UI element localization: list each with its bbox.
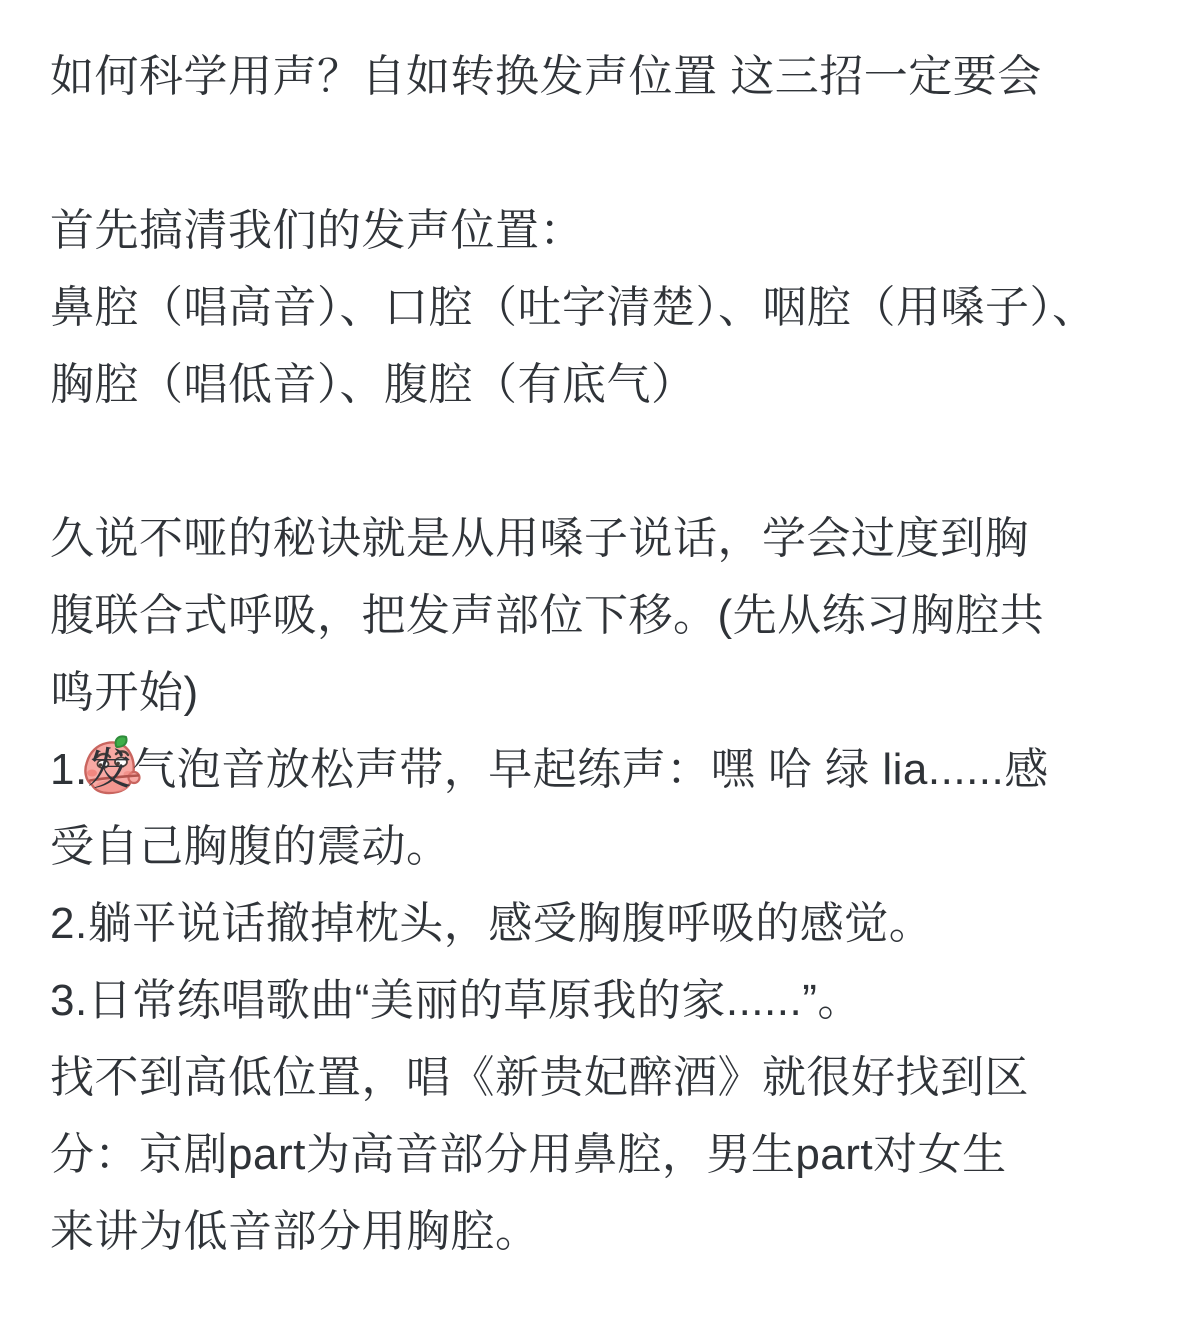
text-line: 来讲为低音部分用胸腔。 [50, 1193, 1129, 1270]
text-line: 鸣开始) [50, 654, 1129, 731]
post-content: 如何科学用声？自如转换发声位置 这三招一定要会 首先搞清我们的发声位置：鼻腔（唱… [0, 0, 1179, 1270]
text-line: 胸腔（唱低音）、腹腔（有底气） [50, 346, 1129, 423]
text-line: 找不到高低位置，唱《新贵妃醉酒》就很好找到区 [50, 1039, 1129, 1116]
text-line: 鼻腔（唱高音）、口腔（吐字清楚）、咽腔（用嗓子）、 [50, 269, 1129, 346]
text-line: 久说不哑的秘诀就是从用嗓子说话，学会过度到胸 [50, 500, 1129, 577]
blank-line [50, 115, 1129, 192]
text-line: 3.日常练唱歌曲“美丽的草原我的家......”。 [50, 962, 1129, 1039]
text-line: 首先搞清我们的发声位置： [50, 192, 1129, 269]
text-line: 1.发气泡音放松声带，早起练声：嘿 哈 绿 lia......感 [50, 731, 1129, 808]
post-title: 如何科学用声？自如转换发声位置 这三招一定要会 [50, 38, 1129, 115]
text-line: 2.躺平说话撤掉枕头，感受胸腹呼吸的感觉。 [50, 885, 1129, 962]
text-line: 分：京剧part为高音部分用鼻腔，男生part对女生 [50, 1116, 1129, 1193]
text-line: 腹联合式呼吸，把发声部位下移。(先从练习胸腔共 [50, 577, 1129, 654]
text-line: 受自己胸腹的震动。 [50, 808, 1129, 885]
blank-line [50, 423, 1129, 500]
post-body: 首先搞清我们的发声位置：鼻腔（唱高音）、口腔（吐字清楚）、咽腔（用嗓子）、胸腔（… [50, 115, 1129, 1270]
